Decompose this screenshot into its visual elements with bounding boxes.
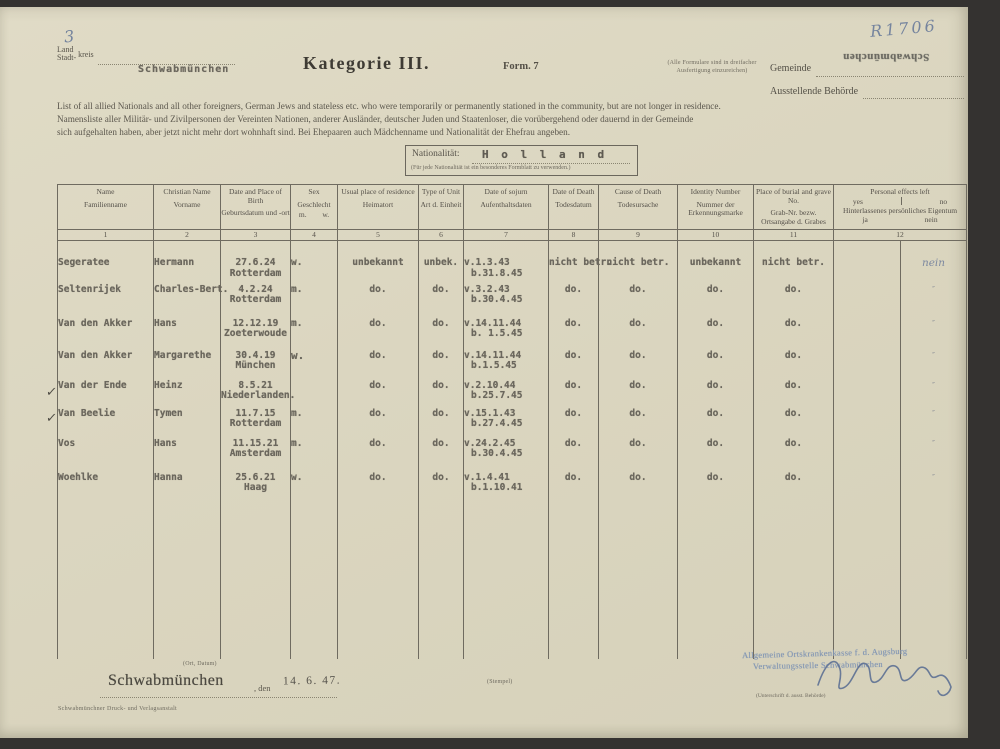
cell-residence: do. xyxy=(338,439,419,473)
cell-death-cause: do. xyxy=(599,285,678,319)
cell-effects-nein: nein xyxy=(901,241,967,285)
kreis-label: kreis xyxy=(78,50,94,59)
cell-death-cause: do. xyxy=(599,409,678,439)
footer-den-label: , den xyxy=(254,683,271,693)
cell-identity: do. xyxy=(678,351,754,381)
cell-residence: do. xyxy=(338,319,419,351)
page-title: Kategorie III. xyxy=(303,53,430,74)
cell-name: Segeratee xyxy=(58,241,154,285)
intro-paragraph: List of all allied Nationals and all oth… xyxy=(57,100,907,138)
cell-burial: nicht betr. xyxy=(754,241,834,285)
cell-unit: do. xyxy=(419,319,464,351)
cell-name: Woehlke xyxy=(58,473,154,509)
cell-sojourn: v.24.2.45b.30.4.45 xyxy=(464,439,549,473)
cell-birth: 11.15.21Amsterdam xyxy=(221,439,291,473)
cell-name: Van Beelie xyxy=(58,409,154,439)
table-row: Seltenrijek Charles-Bert. 4.2.24Rotterda… xyxy=(58,285,967,319)
cell-burial: do. xyxy=(754,381,834,409)
birth-place: Rotterdam xyxy=(221,419,290,430)
cell-effects-nein: ″ xyxy=(901,351,967,381)
cell-identity: do. xyxy=(678,319,754,351)
cell-unit: do. xyxy=(419,473,464,509)
cell-effects-nein: ″ xyxy=(901,439,967,473)
col-header-burial: Place of burial and grave No.Grab-Nr. be… xyxy=(754,185,834,230)
cell-sex: m. xyxy=(291,319,338,351)
col-header-birth: Date and Place of BirthGeburtsdatum und … xyxy=(221,185,291,230)
document-sheet: 3 Land Stadt- kreis Schwabmünchen Katego… xyxy=(0,7,968,738)
divider xyxy=(901,197,902,205)
cell-effects-ja xyxy=(834,381,901,409)
col-num: 6 xyxy=(419,230,464,241)
col-header-name: NameFamilienname xyxy=(58,185,154,230)
col-en: Date of sojurn xyxy=(464,185,548,197)
cell-sojourn: v.14.11.44b.1.5.45 xyxy=(464,351,549,381)
cell-residence: do. xyxy=(338,351,419,381)
cell-first-name: Tymen xyxy=(154,409,221,439)
cell-death-cause: do. xyxy=(599,319,678,351)
cell-sojourn: v.1.3.43b.31.8.45 xyxy=(464,241,549,285)
col-de: Geschlecht xyxy=(291,197,337,210)
cell-effects-nein: ″ xyxy=(901,473,967,509)
col-de: Art d. Einheit xyxy=(419,197,463,210)
cell-birth: 30.4.19München xyxy=(221,351,291,381)
cell-residence: unbekannt xyxy=(338,241,419,285)
cell-residence: do. xyxy=(338,409,419,439)
cell-identity: do. xyxy=(678,381,754,409)
cell-burial: do. xyxy=(754,439,834,473)
sex-sub-labels: m.w. xyxy=(291,209,337,219)
effects-ja: ja xyxy=(862,215,867,224)
cell-sojourn: v.2.10.44b.25.7.45 xyxy=(464,381,549,409)
intro-line3: sich aufgehalten haben, aber jetzt nicht… xyxy=(57,126,907,139)
sojourn-to: b.30.4.45 xyxy=(464,449,548,460)
col-de: Familienname xyxy=(58,197,153,210)
sojourn-to: b.31.8.45 xyxy=(464,269,548,280)
table-row: Vos Hans 11.15.21Amsterdam m. do. do. v.… xyxy=(58,439,967,473)
nationality-dotted-line xyxy=(472,163,630,164)
col-num: 2 xyxy=(154,230,221,241)
table-filler-row xyxy=(58,509,967,659)
cell-first-name: Hans xyxy=(154,439,221,473)
cell-residence: do. xyxy=(338,285,419,319)
cell-identity: do. xyxy=(678,409,754,439)
sojourn-from: v.1.3.43 xyxy=(464,258,548,269)
gemeinde-dotted-line xyxy=(816,76,964,77)
cell-sex: m. xyxy=(291,439,338,473)
col-en: Personal effects left xyxy=(834,185,966,197)
col-de: Todesursache xyxy=(599,197,677,210)
cell-death-date: do. xyxy=(549,439,599,473)
effects-nein: nein xyxy=(925,215,938,224)
persons-table: NameFamilienname Christian NameVorname D… xyxy=(57,184,967,659)
cell-birth: 4.2.24Rotterdam xyxy=(221,285,291,319)
col-header-effects: Personal effects left yesno Hinterlassen… xyxy=(834,185,967,230)
cell-sex: m. xyxy=(291,409,338,439)
cell-birth: 11.7.15Rotterdam xyxy=(221,409,291,439)
effects-ja-nein: janein xyxy=(834,215,966,224)
cell-death-cause: do. xyxy=(599,381,678,409)
cell-birth: 8.5.21Niederlanden. xyxy=(221,381,291,409)
col-num: 9 xyxy=(599,230,678,241)
printer-imprint: Schwabmünchner Druck- und Verlagsanstalt xyxy=(58,706,177,712)
col-num: 12 xyxy=(834,230,967,241)
cell-identity: do. xyxy=(678,285,754,319)
nationality-value: H o l l a n d xyxy=(482,148,607,161)
sojourn-to: b.25.7.45 xyxy=(464,391,548,402)
cell-sojourn: v.15.1.43b.27.4.45 xyxy=(464,409,549,439)
birth-place: Rotterdam xyxy=(221,295,290,306)
col-de: Geburtsdatum und -ort xyxy=(221,205,290,218)
sojourn-to: b. 1.5.45 xyxy=(464,329,548,340)
cell-first-name: Hanna xyxy=(154,473,221,509)
cell-identity: do. xyxy=(678,473,754,509)
col-header-unit: Type of UnitArt d. Einheit xyxy=(419,185,464,230)
cell-first-name: Hans xyxy=(154,319,221,351)
header-row: NameFamilienname Christian NameVorname D… xyxy=(58,185,967,230)
cell-burial: do. xyxy=(754,319,834,351)
cell-unit: do. xyxy=(419,409,464,439)
row-checkmark: ✓ xyxy=(45,411,58,426)
cell-effects-nein: ″ xyxy=(901,381,967,409)
kreis-field: Land Stadt- kreis xyxy=(57,46,94,62)
col-en: Usual place of residence xyxy=(338,185,418,197)
sojourn-to: b.1.5.45 xyxy=(464,361,548,372)
col-en: Name xyxy=(58,185,153,197)
table-row: Van der Ende Heinz 8.5.21Niederlanden. d… xyxy=(58,381,967,409)
cell-death-date: do. xyxy=(549,351,599,381)
col-num: 5 xyxy=(338,230,419,241)
col-header-christian-name: Christian NameVorname xyxy=(154,185,221,230)
cell-sex: w. xyxy=(291,351,338,381)
sojourn-to: b.30.4.45 xyxy=(464,295,548,306)
cell-unit: do. xyxy=(419,381,464,409)
nationality-note: (Für jede Nationalität ist ein besondere… xyxy=(411,165,570,171)
sex-w: w. xyxy=(322,210,329,219)
cell-effects-nein: ″ xyxy=(901,285,967,319)
cell-sojourn: v.1.4.41b.1.10.41 xyxy=(464,473,549,509)
nationality-label: Nationalität: xyxy=(412,149,460,159)
footer-place-stamp: Schwabmünchen xyxy=(108,672,224,690)
col-header-residence: Usual place of residenceHeimatort xyxy=(338,185,419,230)
col-num: 10 xyxy=(678,230,754,241)
birth-place: Amsterdam xyxy=(221,449,290,460)
handwritten-reference: R1706 xyxy=(869,16,938,41)
birth-date: 27.6.24 xyxy=(221,258,290,269)
cell-identity: unbekannt xyxy=(678,241,754,285)
handwritten-page-number: 3 xyxy=(63,27,75,47)
col-header-sojourn: Date of sojurnAufenthaltsdaten xyxy=(464,185,549,230)
cell-name: Van den Akker xyxy=(58,319,154,351)
cell-unit: do. xyxy=(419,351,464,381)
birth-place: Zoeterwoude xyxy=(221,329,290,340)
col-de: Nummer der Erkennungsmarke xyxy=(678,197,753,218)
cell-name: Seltenrijek xyxy=(58,285,154,319)
row-checkmark: ✓ xyxy=(45,385,58,400)
cell-effects-nein: ″ xyxy=(901,319,967,351)
signature-scribble xyxy=(812,643,962,703)
col-num: 11 xyxy=(754,230,834,241)
cell-burial: do. xyxy=(754,285,834,319)
intro-line1: List of all allied Nationals and all oth… xyxy=(57,100,907,113)
cell-death-date: do. xyxy=(549,381,599,409)
col-en: Date and Place of Birth xyxy=(221,185,290,205)
cell-effects-ja xyxy=(834,241,901,285)
cell-sex: w. xyxy=(291,473,338,509)
col-num: 4 xyxy=(291,230,338,241)
cell-first-name: Hermann xyxy=(154,241,221,285)
cell-name: Van den Akker xyxy=(58,351,154,381)
cell-name: Van der Ende xyxy=(58,381,154,409)
effects-no: no xyxy=(940,197,948,206)
col-en: Christian Name xyxy=(154,185,220,197)
col-de: Heimatort xyxy=(338,197,418,210)
cell-death-cause: nicht betr. xyxy=(599,241,678,285)
cell-sojourn: v.3.2.43b.30.4.45 xyxy=(464,285,549,319)
cell-effects-ja xyxy=(834,473,901,509)
cell-effects-ja xyxy=(834,409,901,439)
col-header-death-cause: Cause of DeathTodesursache xyxy=(599,185,678,230)
birth-place: Haag xyxy=(221,483,290,494)
birth-place: Rotterdam xyxy=(221,269,290,280)
cell-effects-ja xyxy=(834,319,901,351)
table-row: Segeratee Hermann 27.6.24Rotterdam w. un… xyxy=(58,241,967,285)
cell-death-cause: do. xyxy=(599,351,678,381)
col-header-sex: SexGeschlecht m.w. xyxy=(291,185,338,230)
cell-death-date: do. xyxy=(549,285,599,319)
gemeinde-label: Gemeinde xyxy=(770,63,811,74)
sex-m: m. xyxy=(299,210,307,219)
table-row: Woehlke Hanna 25.6.21Haag w. do. do. v.1… xyxy=(58,473,967,509)
col-de: Hinterlassenes persönliches Eigentum xyxy=(834,206,966,216)
cell-burial: do. xyxy=(754,351,834,381)
cell-effects-ja xyxy=(834,439,901,473)
cell-name: Vos xyxy=(58,439,154,473)
table-row: Van Beelie Tymen 11.7.15Rotterdam m. do.… xyxy=(58,409,967,439)
col-num: 3 xyxy=(221,230,291,241)
form-number: Form. 7 xyxy=(503,61,539,72)
col-de: Grab-Nr. bezw. Ortsangabe d. Grabes xyxy=(754,205,833,226)
stempel-note: (Stempel) xyxy=(487,679,512,685)
cell-residence: do. xyxy=(338,381,419,409)
col-en: Sex xyxy=(291,185,337,197)
col-de: Aufenthaltsdaten xyxy=(464,197,548,210)
cell-unit: unbek. xyxy=(419,241,464,285)
col-en: Type of Unit xyxy=(419,185,463,197)
cell-unit: do. xyxy=(419,285,464,319)
cell-birth: 27.6.24Rotterdam xyxy=(221,241,291,285)
cell-death-cause: do. xyxy=(599,473,678,509)
col-num: 7 xyxy=(464,230,549,241)
col-header-identity: Identity NumberNummer der Erkennungsmark… xyxy=(678,185,754,230)
sojourn-to: b.1.10.41 xyxy=(464,483,548,494)
col-de: Vorname xyxy=(154,197,220,210)
col-en: Place of burial and grave No. xyxy=(754,185,833,205)
intro-line2: Namensliste aller Militär- und Zivilpers… xyxy=(57,113,907,126)
cell-birth: 12.12.19Zoeterwoude xyxy=(221,319,291,351)
cell-burial: do. xyxy=(754,409,834,439)
nationality-box: Nationalität: H o l l a n d (Für jede Na… xyxy=(405,145,638,176)
birth-place: München xyxy=(221,361,290,372)
cell-effects-ja xyxy=(834,285,901,319)
cell-first-name: Margarethe xyxy=(154,351,221,381)
effects-yes-no: yesno xyxy=(834,197,966,206)
cell-death-date: do. xyxy=(549,473,599,509)
kreis-typed-value: Schwabmünchen xyxy=(138,64,229,75)
cell-identity: do. xyxy=(678,439,754,473)
sojourn-to: b.27.4.45 xyxy=(464,419,548,430)
gemeinde-stamp-upside-down: Schwabmünchen xyxy=(826,51,946,63)
cell-death-date: do. xyxy=(549,319,599,351)
footer-date-stamp: 14. 6. 47. xyxy=(283,674,341,687)
cell-first-name: Charles-Bert. xyxy=(154,285,221,319)
ort-datum-note: (Ort, Datum) xyxy=(183,661,217,667)
footer-dotted-line xyxy=(100,697,337,698)
cell-birth: 25.6.21Haag xyxy=(221,473,291,509)
cell-residence: do. xyxy=(338,473,419,509)
behoerde-label: Ausstellende Behörde xyxy=(770,86,858,97)
table-row: Van den Akker Margarethe 30.4.19München … xyxy=(58,351,967,381)
cell-sojourn: v.14.11.44b. 1.5.45 xyxy=(464,319,549,351)
col-en: Date of Death xyxy=(549,185,598,197)
signature-note: (Unterschrift d. ausst. Behörde) xyxy=(756,693,826,699)
col-header-death-date: Date of DeathTodesdatum xyxy=(549,185,599,230)
cell-burial: do. xyxy=(754,473,834,509)
column-number-row: 1 2 3 4 5 6 7 8 9 10 11 12 xyxy=(58,230,967,241)
effects-yes: yes xyxy=(853,197,863,206)
cell-sex: w. xyxy=(291,241,338,285)
cell-sex xyxy=(291,381,338,409)
stadt-label: Stadt- xyxy=(57,54,76,62)
birth-place: Niederlanden. xyxy=(221,391,290,402)
cell-first-name: Heinz xyxy=(154,381,221,409)
cell-sex: m. xyxy=(291,285,338,319)
table-row: Van den Akker Hans 12.12.19Zoeterwoude m… xyxy=(58,319,967,351)
col-num: 8 xyxy=(549,230,599,241)
cell-death-cause: do. xyxy=(599,439,678,473)
cell-unit: do. xyxy=(419,439,464,473)
behoerde-dotted-line xyxy=(863,98,964,99)
col-de: Todesdatum xyxy=(549,197,598,210)
col-num: 1 xyxy=(58,230,154,241)
cell-death-date: do. xyxy=(549,409,599,439)
cell-death-date: nicht betr. xyxy=(549,241,599,285)
col-en: Cause of Death xyxy=(599,185,677,197)
cell-effects-nein: ″ xyxy=(901,409,967,439)
col-en: Identity Number xyxy=(678,185,753,197)
cell-effects-ja xyxy=(834,351,901,381)
